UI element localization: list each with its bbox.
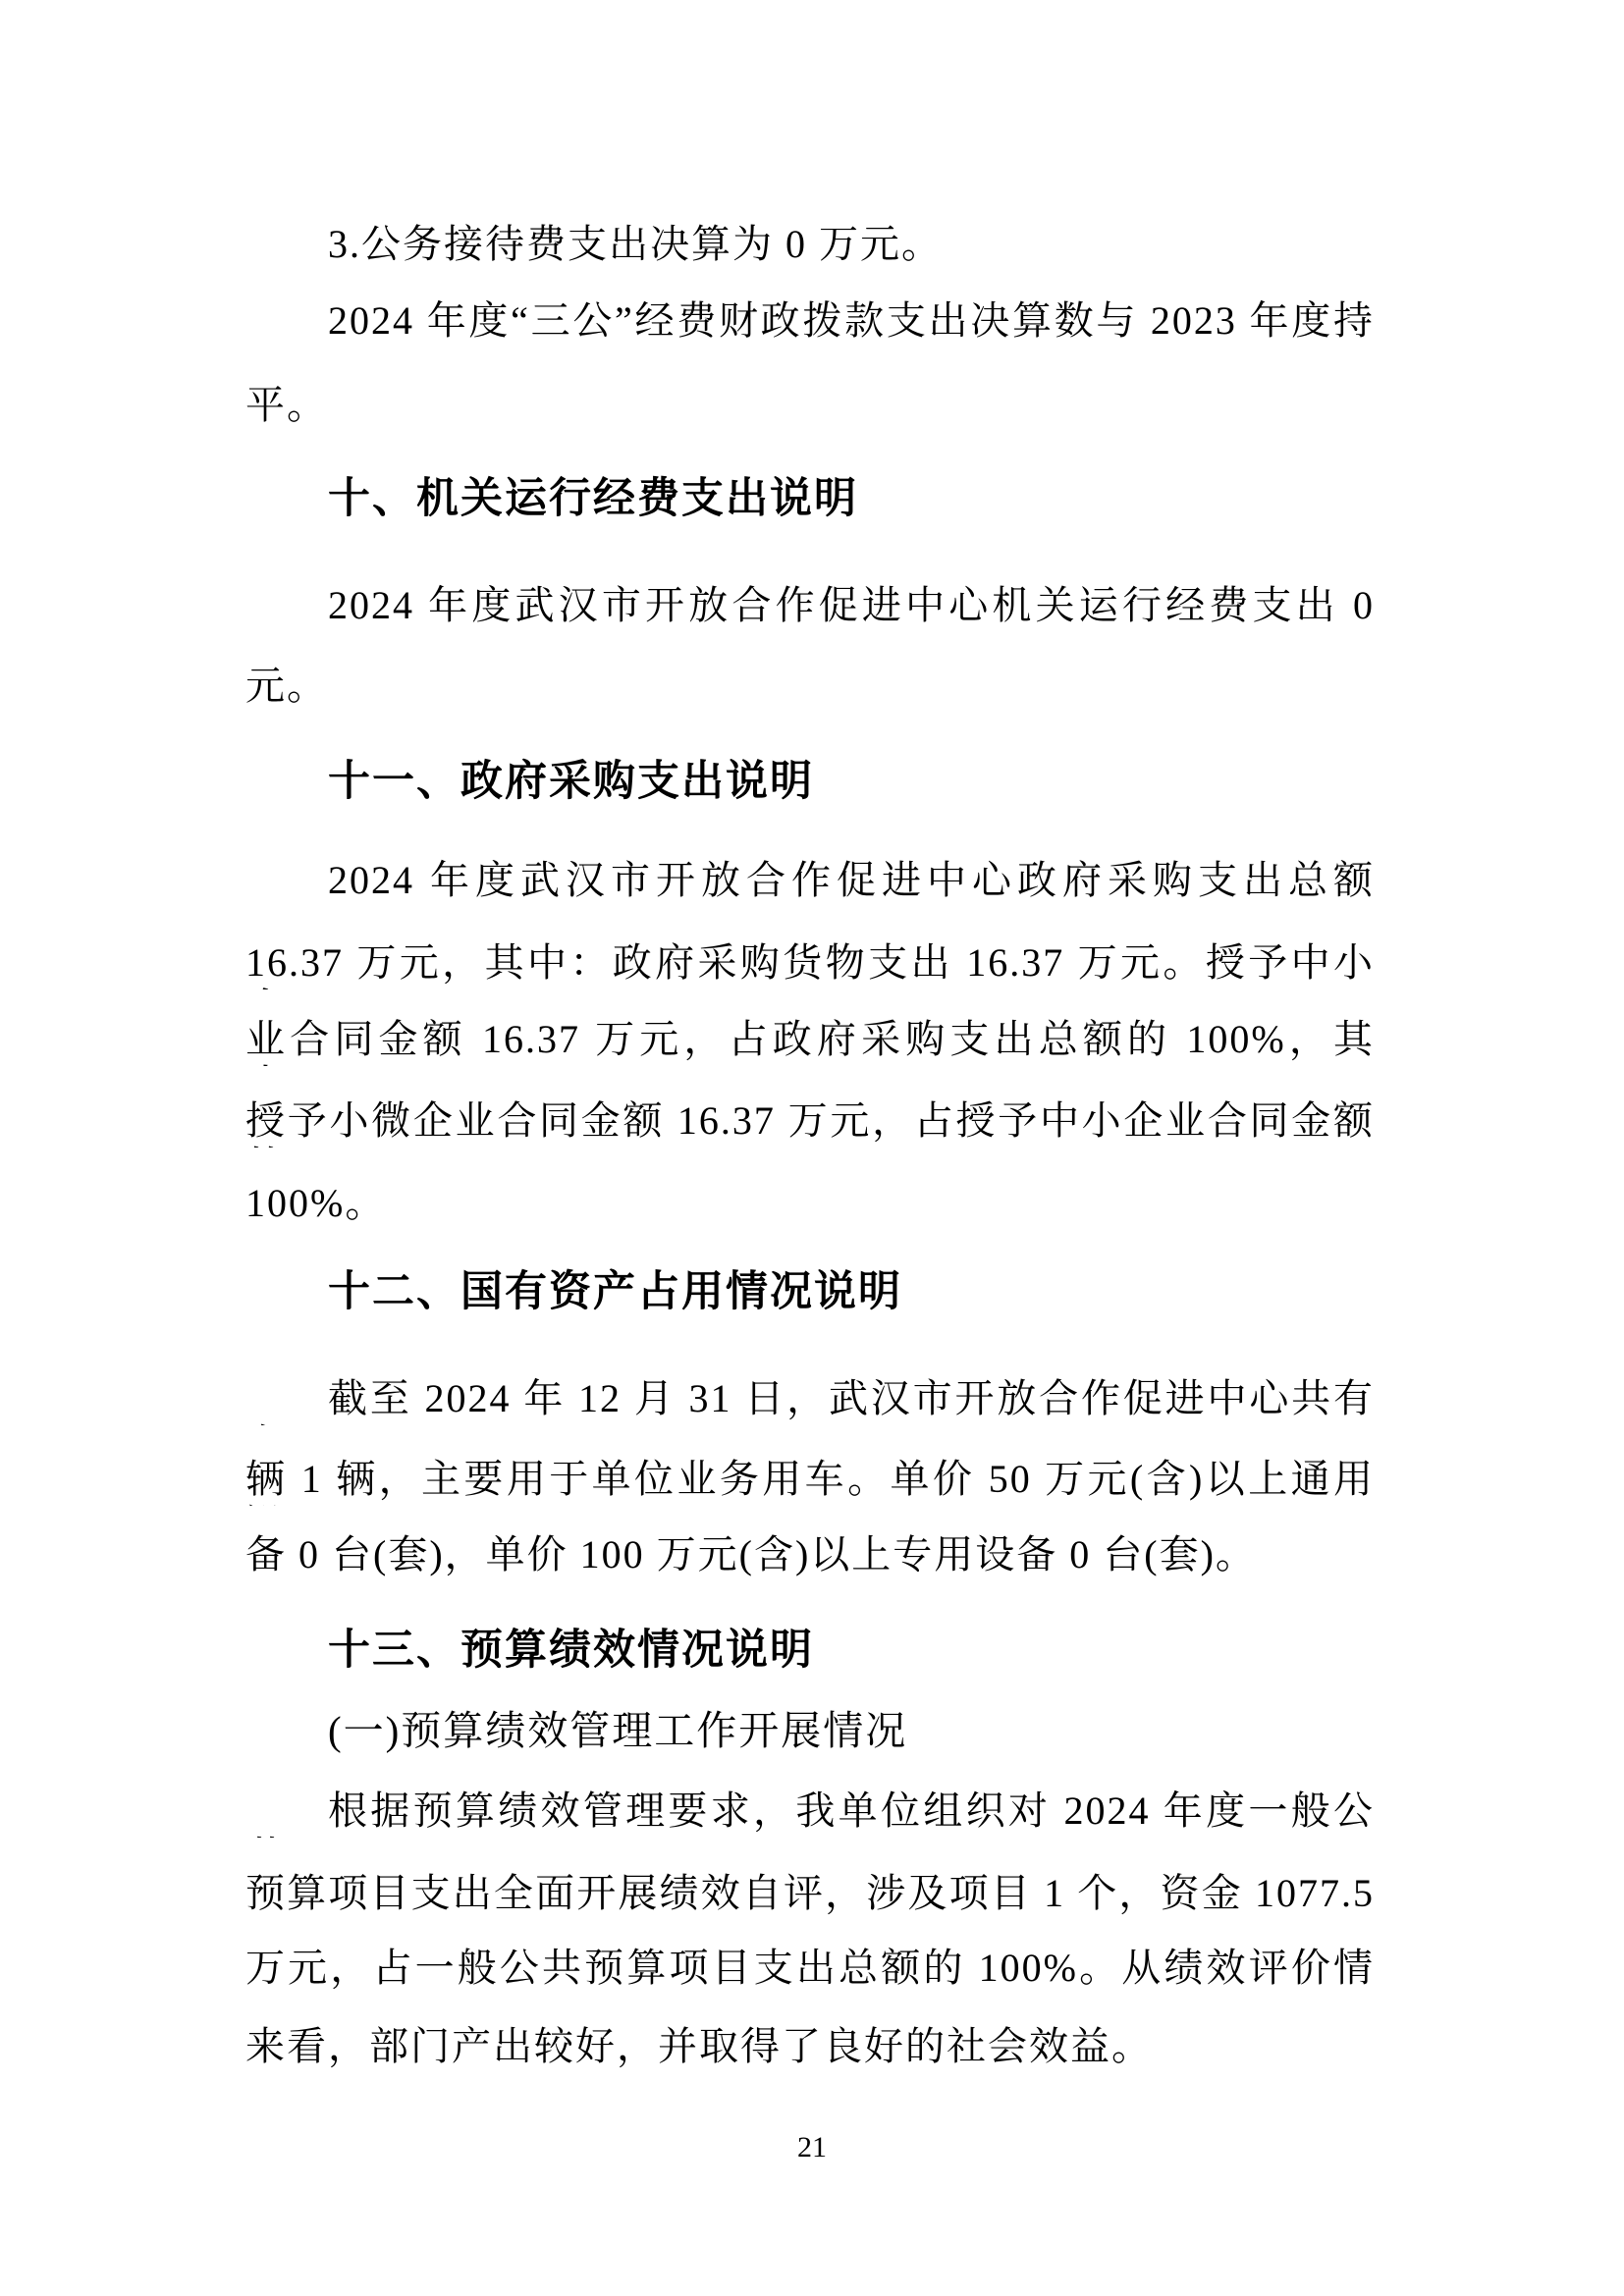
text-line: 业合同金额 16.37 万元，占政府采购支出总额的 100%，其中： — [245, 1017, 1375, 1066]
text-line: 100%。 — [245, 1181, 1375, 1230]
text-line: 万元，占一般公共预算项目支出总额的 100%。从绩效评价情况 — [245, 1946, 1375, 1995]
text-line: 根据预算绩效管理要求，我单位组织对 2024 年度一般公共 — [245, 1789, 1375, 1838]
text-line: 截至 2024 年 12 月 31 日，武汉市开放合作促进中心共有车 — [245, 1376, 1375, 1425]
page-number: 21 — [0, 2130, 1624, 2165]
document-page: 3.公务接待费支出决算为 0 万元。 2024 年度“三公”经费财政拨款支出决算… — [0, 0, 1624, 2296]
text-line: 授予小微企业合同金额 16.37 万元，占授予中小企业合同金额的 — [245, 1098, 1375, 1148]
text-line: 预算项目支出全面开展绩效自评，涉及项目 1 个，资金 1077.59 — [245, 1871, 1375, 1920]
text-line: 2024 年度武汉市开放合作促进中心政府采购支出总额 — [245, 858, 1375, 907]
text-line: 来看，部门产出较好，并取得了良好的社会效益。 — [245, 2024, 1375, 2073]
section-heading-10: 十、机关运行经费支出说明 — [245, 474, 1375, 527]
section-heading-11: 十一、政府采购支出说明 — [245, 757, 1375, 810]
text-line: 元。 — [245, 664, 1375, 713]
text-line: 平。 — [245, 383, 1375, 432]
text-line: 辆 1 辆，主要用于单位业务用车。单价 50 万元(含)以上通用设 — [245, 1457, 1375, 1506]
section-heading-13: 十三、预算绩效情况说明 — [245, 1626, 1375, 1679]
text-line: 2024 年度“三公”经费财政拨款支出决算数与 2023 年度持 — [245, 298, 1375, 347]
text-line: 3.公务接待费支出决算为 0 万元。 — [245, 222, 1375, 271]
text-line: 备 0 台(套)，单价 100 万元(含)以上专用设备 0 台(套)。 — [245, 1532, 1375, 1581]
subsection-heading: (一)预算绩效管理工作开展情况 — [245, 1707, 1375, 1758]
section-heading-12: 十二、国有资产占用情况说明 — [245, 1267, 1375, 1320]
text-line: 16.37 万元，其中：政府采购货物支出 16.37 万元。授予中小企 — [245, 940, 1375, 989]
text-line: 2024 年度武汉市开放合作促进中心机关运行经费支出 0 万 — [245, 583, 1375, 632]
